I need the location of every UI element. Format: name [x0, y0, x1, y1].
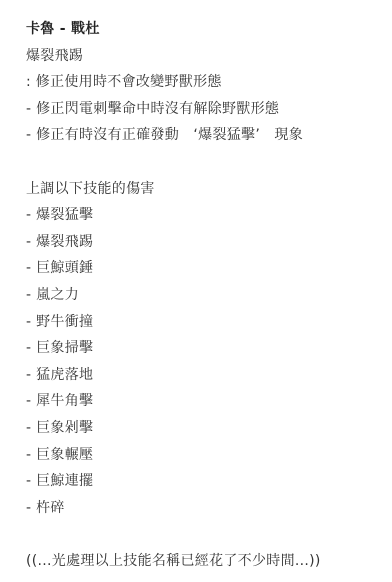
fix-item: - 修正閃電刺擊命中時沒有解除野獸形態: [26, 96, 382, 123]
spacer: [26, 149, 382, 176]
footnote: ((...光處理以上技能名稱已經花了不少時間...)): [26, 548, 382, 575]
buff-heading: 上調以下技能的傷害: [26, 176, 382, 203]
buffed-skill-item: - 爆裂猛擊: [26, 202, 382, 229]
fix-item: : 修正使用時不會改變野獸形態: [26, 69, 382, 96]
patch-notes-document: 卡魯 - 戰杜 爆裂飛踢 : 修正使用時不會改變野獸形態 - 修正閃電刺擊命中時…: [26, 16, 382, 574]
buffed-skill-item: - 巨鯨頭錘: [26, 255, 382, 282]
buffed-skill-item: - 杵碎: [26, 495, 382, 522]
fix-item: - 修正有時沒有正確發動 ‘爆裂猛擊’ 現象: [26, 122, 382, 149]
buffed-skill-item: - 巨象剁擊: [26, 415, 382, 442]
buffed-skill-item: - 犀牛角擊: [26, 388, 382, 415]
buffed-skill-item: - 野牛衝撞: [26, 309, 382, 336]
buffed-skill-item: - 嵐之力: [26, 282, 382, 309]
buffed-skill-list: - 爆裂猛擊 - 爆裂飛踢 - 巨鯨頭錘 - 嵐之力 - 野牛衝撞 - 巨象掃擊…: [26, 202, 382, 521]
fix-list: : 修正使用時不會改變野獸形態 - 修正閃電刺擊命中時沒有解除野獸形態 - 修正…: [26, 69, 382, 149]
buffed-skill-item: - 巨象輾壓: [26, 442, 382, 469]
buffed-skill-item: - 巨象掃擊: [26, 335, 382, 362]
buffed-skill-item: - 爆裂飛踢: [26, 229, 382, 256]
class-title: 卡魯 - 戰杜: [26, 16, 382, 43]
spacer: [26, 521, 382, 548]
buffed-skill-item: - 巨鯨連擺: [26, 468, 382, 495]
skill-name: 爆裂飛踢: [26, 43, 382, 70]
buffed-skill-item: - 猛虎落地: [26, 362, 382, 389]
